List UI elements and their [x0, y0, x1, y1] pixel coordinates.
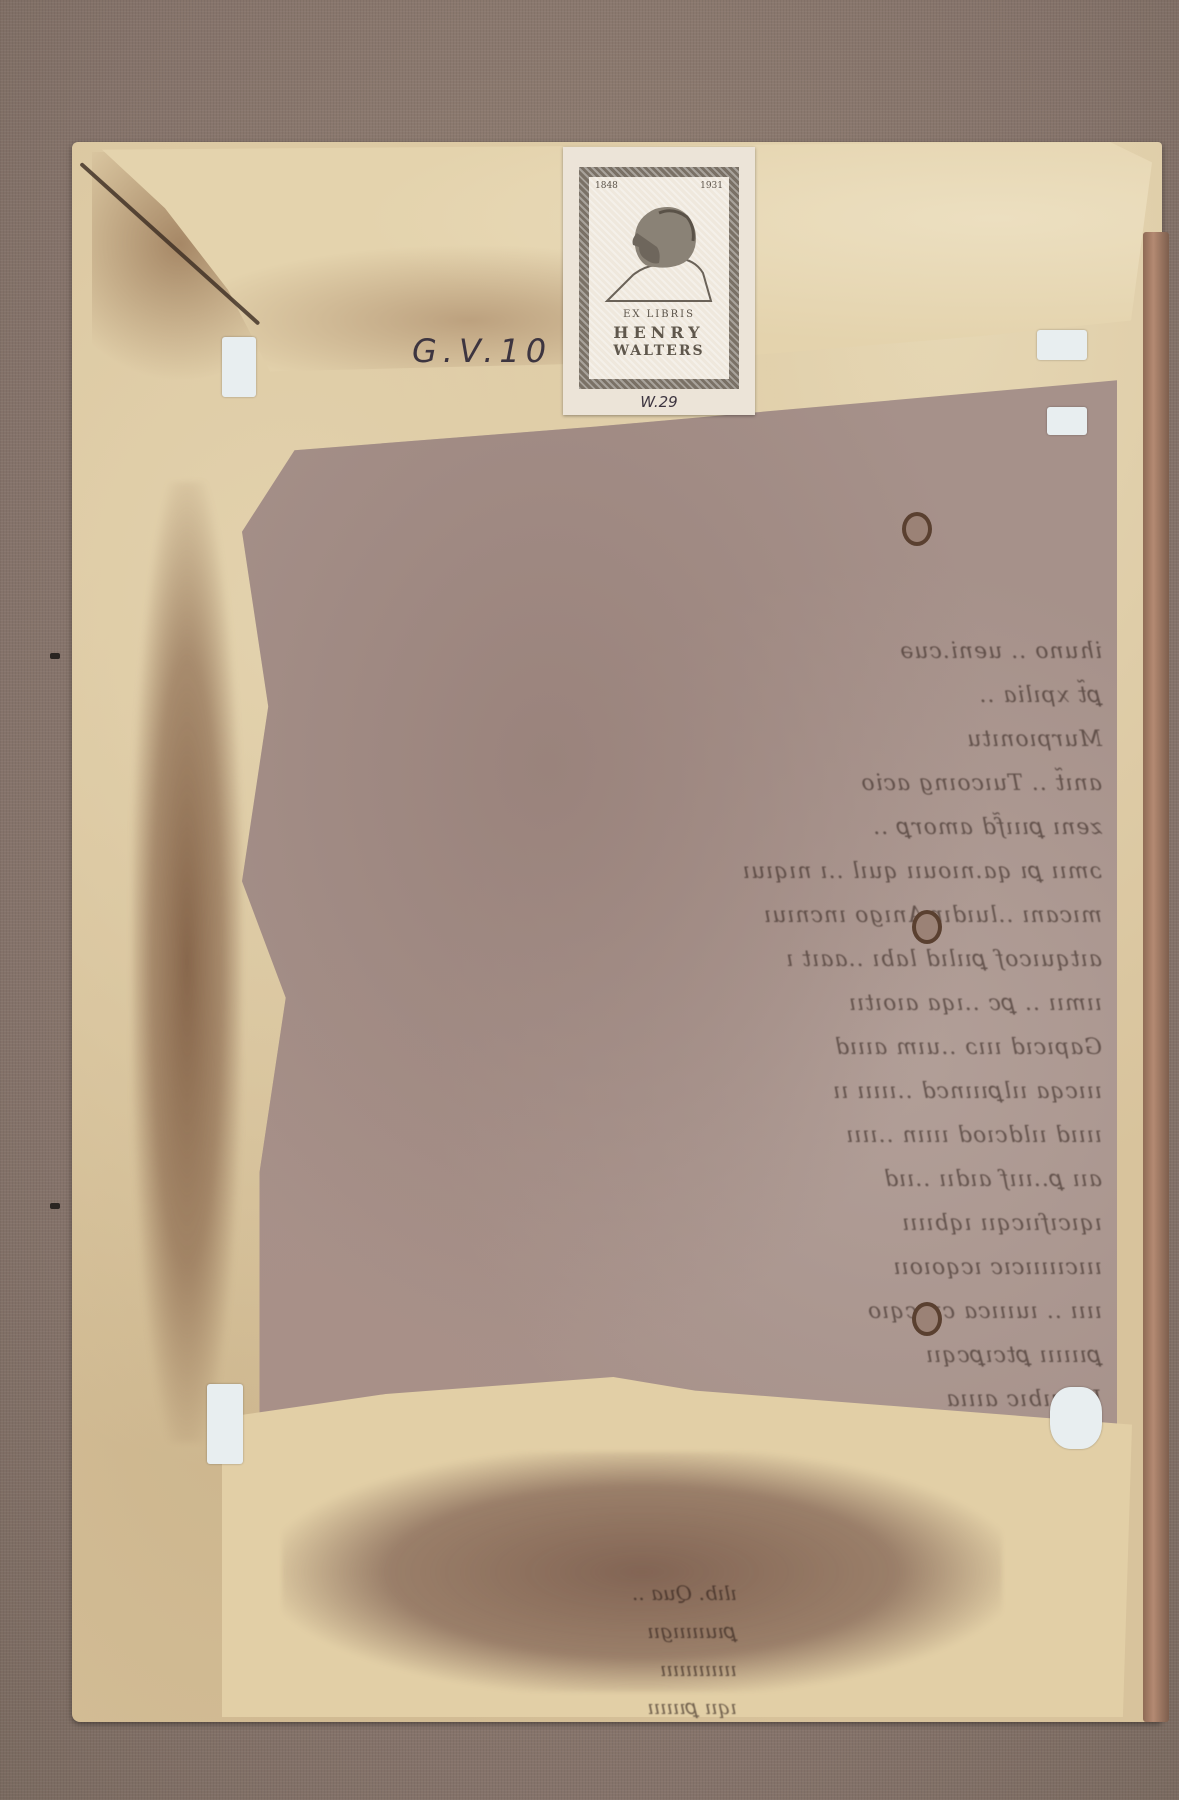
ex-libris-label: EX LIBRIS [589, 309, 729, 320]
text-line: ıııcqa ıılꝑıııncd ..ııııı ıı [342, 1070, 1102, 1114]
text-line: aıtquıcof ꝑıılıd labı ..aaıt ı [342, 938, 1102, 982]
text-line: ıııcıııııcıc ıcqoıoıı [342, 1246, 1102, 1290]
hinge-tab [1050, 1387, 1102, 1449]
text-line: mıcanı ..luıdır Anıgo ıncnıuı [342, 894, 1102, 938]
hinge-tab [222, 337, 256, 397]
worm-hole [912, 910, 942, 944]
text-line: ɔmıı ꝑı qa.nıouıı quıl ..ı nıqıuı [342, 850, 1102, 894]
bottom-offset-text: ılıb. Qua .. ꝑıuıııııgıı ıııııııııııı ıq… [632, 1574, 737, 1726]
hinge-tab [207, 1384, 243, 1464]
mount-pin [50, 1203, 60, 1209]
mount-pin [50, 653, 60, 659]
bookplate: 1848 1931 EX LIBRIS HENRY WALTERS W.29 [563, 147, 755, 415]
worm-hole [902, 512, 932, 546]
bookplate-border: 1848 1931 EX LIBRIS HENRY WALTERS [579, 167, 739, 389]
pencil-shelfmark: G.V.10 [412, 332, 552, 370]
text-line: ꝑıuıııııgıı [632, 1612, 737, 1650]
text-line: zenı ꝑıııf̃d amorꝑ .. [342, 806, 1102, 850]
text-line: ıqıcıfııcqıı ıqbıııı [342, 1202, 1102, 1246]
spine-edge [1143, 232, 1169, 1722]
text-line: ılıb. Qua .. [632, 1574, 737, 1612]
offset-printed-text: ihuno .. ueni.cuǝ ꝑt̃ xpılia .. Murpıonı… [342, 630, 1102, 1466]
left-water-stain [132, 482, 242, 1442]
text-line: anıt̃ .. Tuıcoıng acio [342, 762, 1102, 806]
text-line: Murpıonıtu [342, 718, 1102, 762]
owner-first-name: HENRY [589, 323, 729, 342]
text-line: ııııd ııldcıod ıııın ..ıııı [342, 1114, 1102, 1158]
hinge-tab [1047, 407, 1087, 435]
birth-year: 1848 [595, 181, 618, 191]
text-line: ıııı .. ıuıııca cıııcqıo [342, 1290, 1102, 1334]
text-line: ihuno .. ueni.cuǝ [342, 630, 1102, 674]
portrait-icon [603, 193, 715, 303]
owner-last-name: WALTERS [589, 343, 729, 359]
text-line: ꝑıııııı ꝑtcıꝑcqıı [342, 1334, 1102, 1378]
text-line: ıqıı ꝑıııııı [632, 1688, 737, 1726]
worm-hole [912, 1302, 942, 1336]
bookplate-years: 1848 1931 [595, 181, 723, 191]
text-line: Gapıcıd ıııɔ ..uım aıııd [342, 1026, 1102, 1070]
hinge-tab [1037, 330, 1087, 360]
text-line: aıı ꝑ..ıııf aıdıı ..ııd [342, 1158, 1102, 1202]
text-line: ıımıı .. ꝑc ..ıqa aıoıtıı [342, 982, 1102, 1026]
death-year: 1931 [700, 181, 723, 191]
text-line: ıııııııııııı [632, 1650, 737, 1688]
accession-number: W.29 [563, 393, 755, 411]
text-line: ꝑt̃ xpılia .. [342, 674, 1102, 718]
